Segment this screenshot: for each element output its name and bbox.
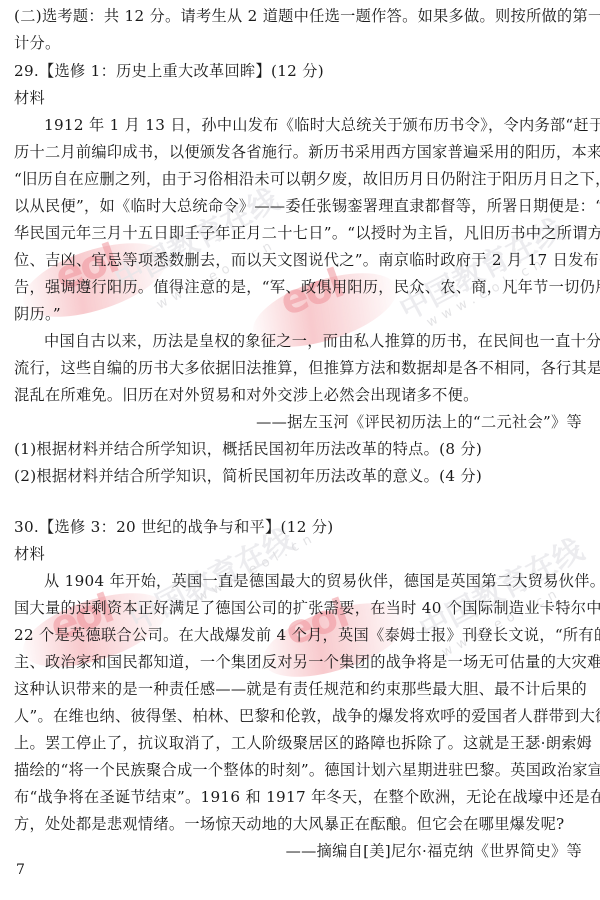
q29-subquestion-1: (1)根据材料并结合所学知识，概括民国初年历法改革的特点。(8 分)	[14, 436, 586, 462]
q30-p1-line: 22 个是英德联合公司。在大战爆发前 4 个月，英国《泰姆士报》刊登长文说，“所…	[14, 622, 586, 648]
section-instructions-cont: 计分。	[14, 30, 586, 56]
q30-p1-line: 描绘的“将一个民族聚合成一个整体的时刻”。德国计划六星期进驻巴黎。英国政治家宣	[14, 757, 586, 783]
q30-source-citation: ——摘编自[美]尼尔·福克纳《世界简史》等	[14, 838, 582, 864]
q29-p1-line: “旧历自在应删之列，由于习俗相沿未可以朝夕废，故旧历月日仍附注于阳历月日之下，	[14, 166, 586, 192]
q29-p1-line: 告，强调遵行阳历。值得注意的是，“军、政俱用阳历，民众、农、商，凡年节一切仍用	[14, 274, 586, 300]
question-29-title: 29.【选修 1：历史上重大改革回眸】(12 分)	[14, 58, 586, 84]
q30-p1-line: 布“战争将在圣诞节结束”。1916 和 1917 年冬天，在整个欧洲，无论在战壕…	[14, 784, 586, 810]
q30-p1-line: 主、政治家和国民都知道，一个集团反对另一个集团的战争将是一场无可估量的大灾难。	[14, 649, 586, 675]
q29-material-label: 材料	[14, 85, 586, 111]
q29-p1-line: 华民国元年三月十五日即壬子年正月二十七日”。“以授时为主旨，凡旧历书中之所谓方	[14, 220, 586, 246]
section-instructions: (二)选考题：共 12 分。请考生从 2 道题中任选一题作答。如果多做。则按所做…	[14, 3, 586, 29]
q29-p1-line: 阴历。”	[14, 301, 586, 327]
q30-p1-line: 上。罢工停止了，抗议取消了，工人阶级聚居区的路障也拆除了。这就是王瑟·朗索姆	[14, 730, 586, 756]
q29-subquestion-2: (2)根据材料并结合所学知识，简析民国初年历法改革的意义。(4 分)	[14, 463, 586, 489]
exam-page: eol 中国教育在线 www.eol.cn eol 中国教育在线 www.eol…	[0, 0, 600, 900]
q29-p2-line: 流行，这些自编的历书大多依据旧法推算，但推算方法和数据却是各不相同，各行其是，	[14, 355, 586, 381]
q29-p1-line: 位、吉凶、宜忌等项悉数删去，而以天文图说代之”。南京临时政府于 2 月 17 日…	[14, 247, 586, 273]
q30-p1-line: 方，处处都是悲观情绪。一场惊天动地的大风暴正在酝酿。但它会在哪里爆发呢?	[14, 811, 586, 837]
q30-p1-line: 人”。在维也纳、彼得堡、柏林、巴黎和伦敦，战争的爆发将欢呼的爱国者人群带到大街	[14, 703, 586, 729]
q29-p2-line: 混乱在所难免。旧历在对外贸易和对外交涉上必然会出现诸多不便。	[14, 382, 586, 408]
q30-p1-line: 国大量的过剩资本正好满足了德国公司的扩张需要，在当时 40 个国际制造业卡特尔中…	[14, 595, 586, 621]
q30-p1-line: 这种认识带来的是一种责任感——就是有责任规范和约束那些最大胆、最不计后果的	[14, 676, 586, 702]
q29-source-citation: ——据左玉河《评民初历法上的“二元社会”》等	[14, 409, 582, 435]
q29-p1-line: 历十二月前编印成书，以便颁发各省施行。新历书采用西方国家普遍采用的阳历，本来	[14, 139, 586, 165]
q30-p1-line: 从 1904 年开始，英国一直是德国最大的贸易伙伴，德国是英国第二大贸易伙伴。英	[14, 568, 586, 594]
document-text: (二)选考题：共 12 分。请考生从 2 道题中任选一题作答。如果多做。则按所做…	[0, 0, 600, 900]
question-30-title: 30.【选修 3：20 世纪的战争与和平】(12 分)	[14, 514, 586, 540]
page-number: 7	[16, 862, 25, 878]
q30-material-label: 材料	[14, 541, 586, 567]
q29-p2-line: 中国自古以来，历法是皇权的象征之一，而由私人推算的历书，在民间也一直十分	[14, 328, 586, 354]
q29-p1-line: 1912 年 1 月 13 日，孙中山发布《临时大总统关于颁布历书令》，令内务部…	[14, 112, 586, 138]
q29-p1-line: 以从民便”，如《临时大总统命令》——委任张锡銮署理直隶都督等，所署日期便是：“中	[14, 193, 586, 219]
